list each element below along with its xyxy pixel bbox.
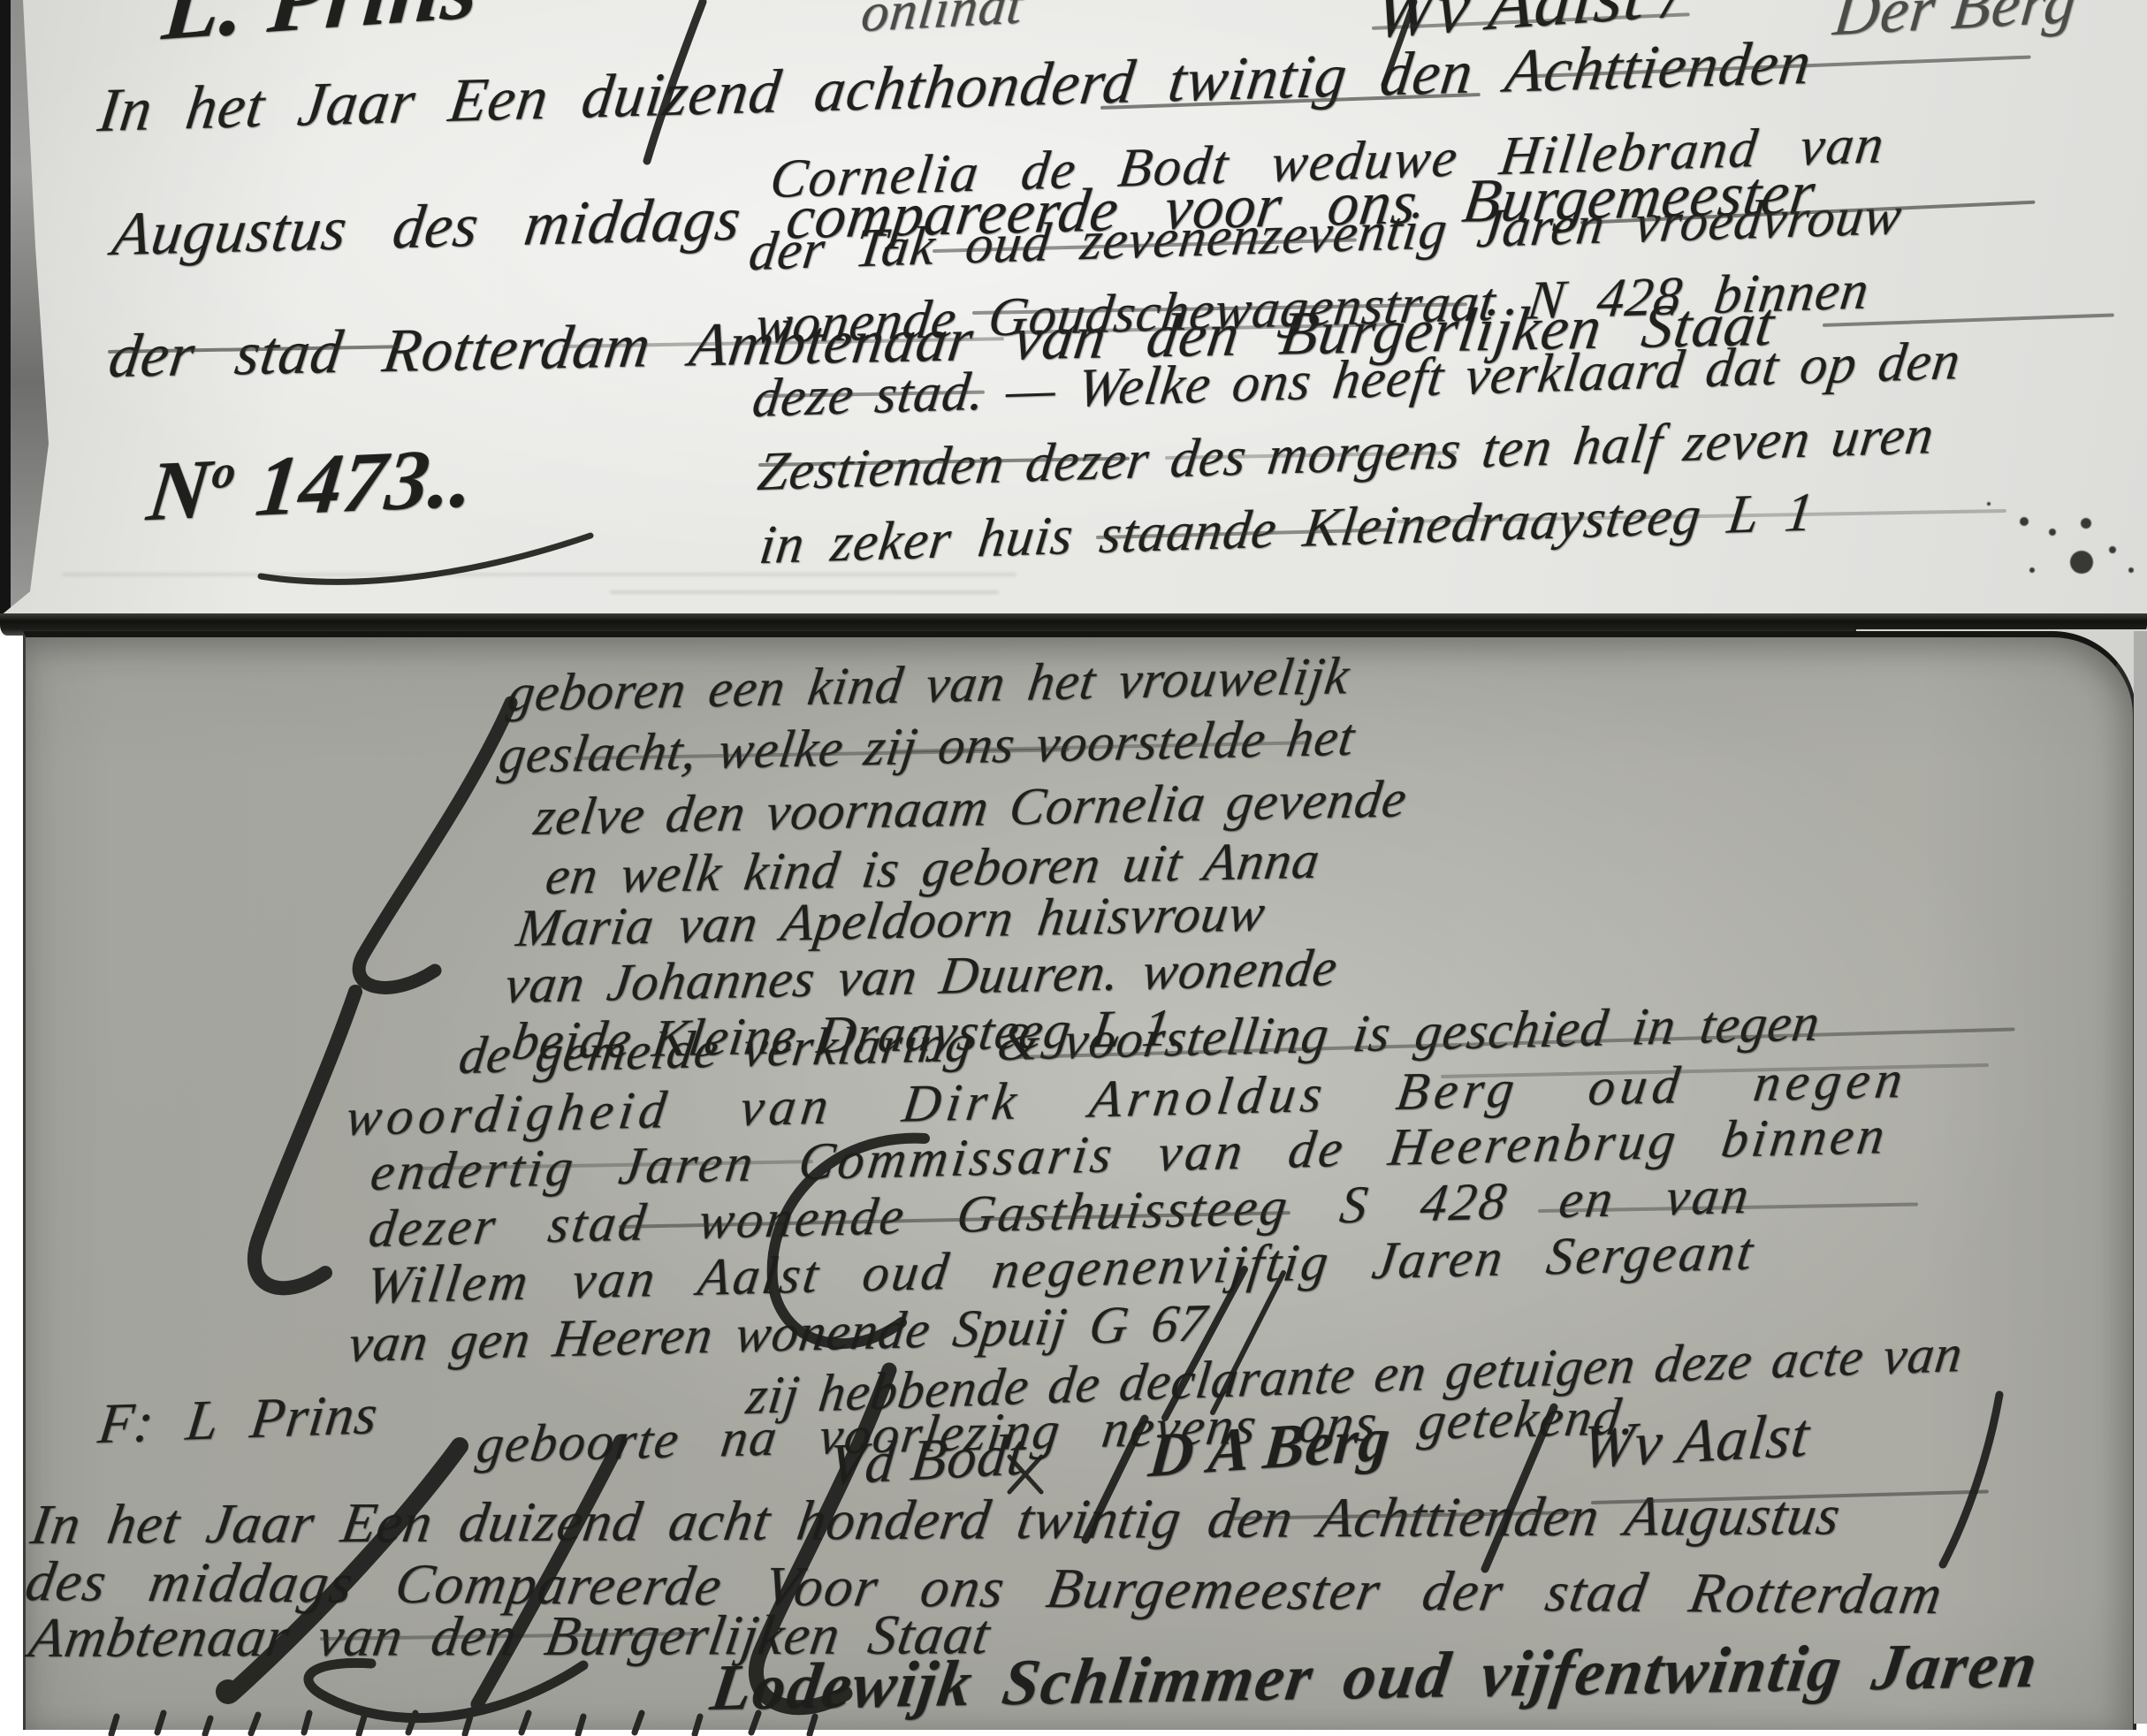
ink-flourish (756, 1370, 889, 1708)
ink-flourish (477, 1441, 620, 1704)
ink-flourish (1485, 1407, 1554, 1569)
ink-flourish (773, 1138, 925, 1344)
ink-flourish (647, 2, 703, 161)
ink-flourish (1943, 1395, 1999, 1565)
ink-flourish (1009, 1457, 1041, 1492)
document-scan-page: { "colors": { "ink": "#1f1f1e", "ink_lig… (0, 0, 2147, 1736)
ink-flourish (232, 1446, 460, 1694)
ink-flourish (359, 703, 511, 987)
ink-flourish (216, 1679, 240, 1704)
ink-flourish (261, 536, 590, 582)
ink-flourish (1384, 2, 1414, 85)
ink-flourish (1213, 1273, 1283, 1412)
ink-flourish (255, 992, 355, 1288)
ink-flourish (1085, 1419, 1145, 1540)
ink-flourish (308, 1663, 583, 1717)
ink-flourish (1165, 1269, 1245, 1418)
ink-flourish-layer (0, 0, 2147, 1736)
